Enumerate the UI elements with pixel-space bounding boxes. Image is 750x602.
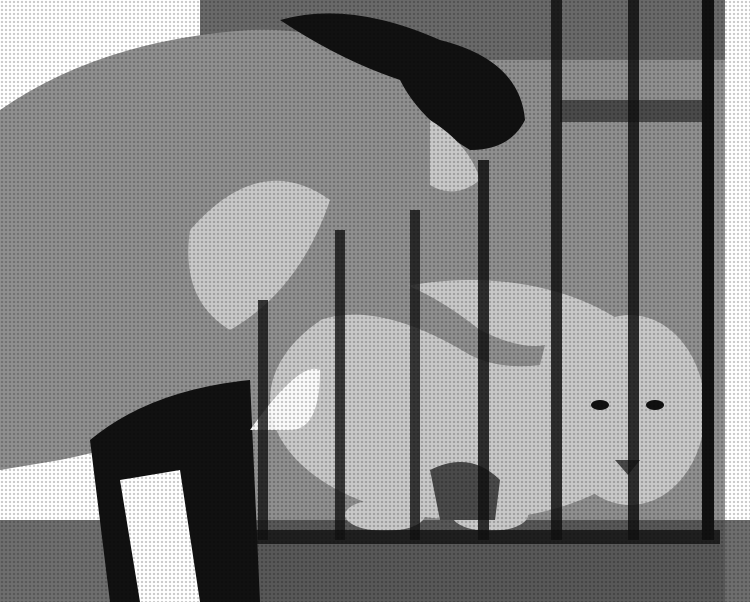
- cage-bar: [628, 0, 639, 540]
- cage-bar: [410, 210, 420, 540]
- cage-bar: [702, 0, 714, 540]
- lioness-eye-right: [646, 400, 664, 410]
- cage-bar: [258, 300, 268, 540]
- halftone-photograph: A woman with dark hair in a light coat l…: [0, 0, 750, 602]
- cage-bar: [335, 230, 345, 540]
- cage-bar: [478, 160, 489, 540]
- cage-bottom-rail: [250, 530, 720, 544]
- lioness-eye-left: [591, 400, 609, 410]
- photo-scene: [0, 0, 750, 602]
- cage-bar: [551, 0, 562, 540]
